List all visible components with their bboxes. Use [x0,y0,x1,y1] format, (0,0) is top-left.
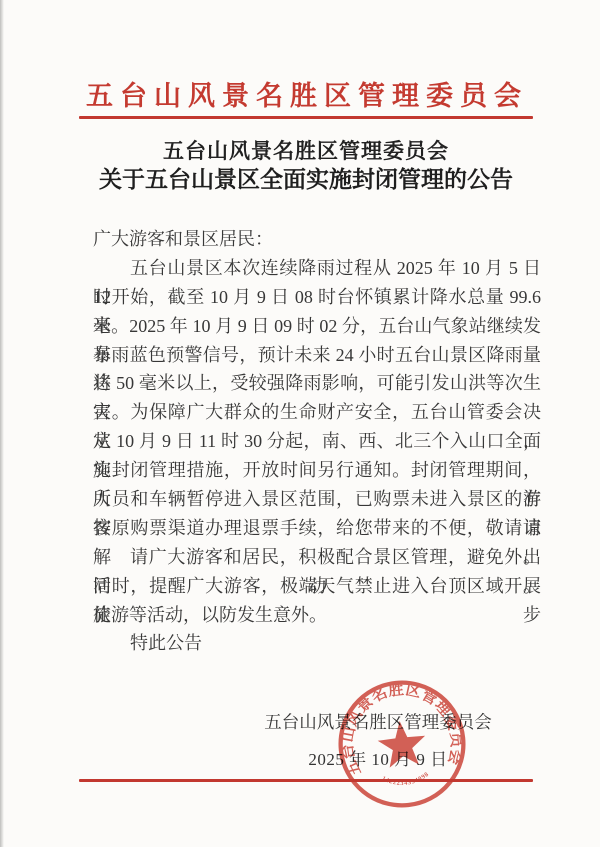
body-line-1: 五台山景区本次连续降雨过程从 2025 年 10 月 5 日 12 [93,254,541,283]
body-line-5: 达 50 毫米以上，受较强降雨影响，可能引发山洪等次生灾 [93,369,541,398]
header-divider-rule [79,116,533,119]
body-line-8: 施封闭管理措施，开放时间另行通知。封闭管理期间，所有 [93,456,541,485]
notice-title-line-2: 关于五台山景区全面实施封闭管理的公告 [12,161,600,194]
body-line-6: 害。为保障广大群众的生命财产安全，五台山管委会决定， [93,398,541,427]
footer-divider-rule [79,779,533,782]
body-line-3: 米。2025 年 10 月 9 日 09 时 02 分，五台山气象站继续发布 [93,312,541,341]
letterhead-org-name: 五台山风景名胜区管理委员会 [14,74,600,113]
notice-document: 五台山风景名胜区管理委员会 五台山风景名胜区管理委员会 关于五台山景区全面实施封… [0,0,600,847]
body-line-9: 人员和车辆暂停进入景区范围，已购票未进入景区的游客请 [93,485,541,514]
body-line-11: 请广大游客和居民，积极配合景区管理，避免外出活动。 [93,543,541,572]
seal-star-icon [376,719,428,769]
body-line-10: 按原购票渠道办理退票手续，给您带来的不便，敬请谅解。 [93,514,541,543]
body-line-4: 暴雨蓝色预警信号，预计未来 24 小时五台山景区降雨量将 [93,341,541,370]
notice-body: 广大游客和景区居民： 五台山景区本次连续降雨过程从 2025 年 10 月 5 … [93,225,541,658]
body-line-7: 从 10 月 9 日 11 时 30 分起，南、西、北三个入山口全面实 [93,427,541,456]
closing-phrase: 特此公告 [93,629,541,658]
body-line-2: 时开始，截至 10 月 9 日 08 时台怀镇累计降水总量 99.6 毫 [93,283,541,312]
page-scan-edge [0,0,4,847]
salutation: 广大游客和景区居民： [93,225,541,254]
body-line-12: 同时，提醒广大游客，极端天气禁止进入台顶区域开展徒步 [93,572,541,601]
official-seal-stamp: 五台山风景名胜区管理委员会 1422234354098 [329,671,474,816]
